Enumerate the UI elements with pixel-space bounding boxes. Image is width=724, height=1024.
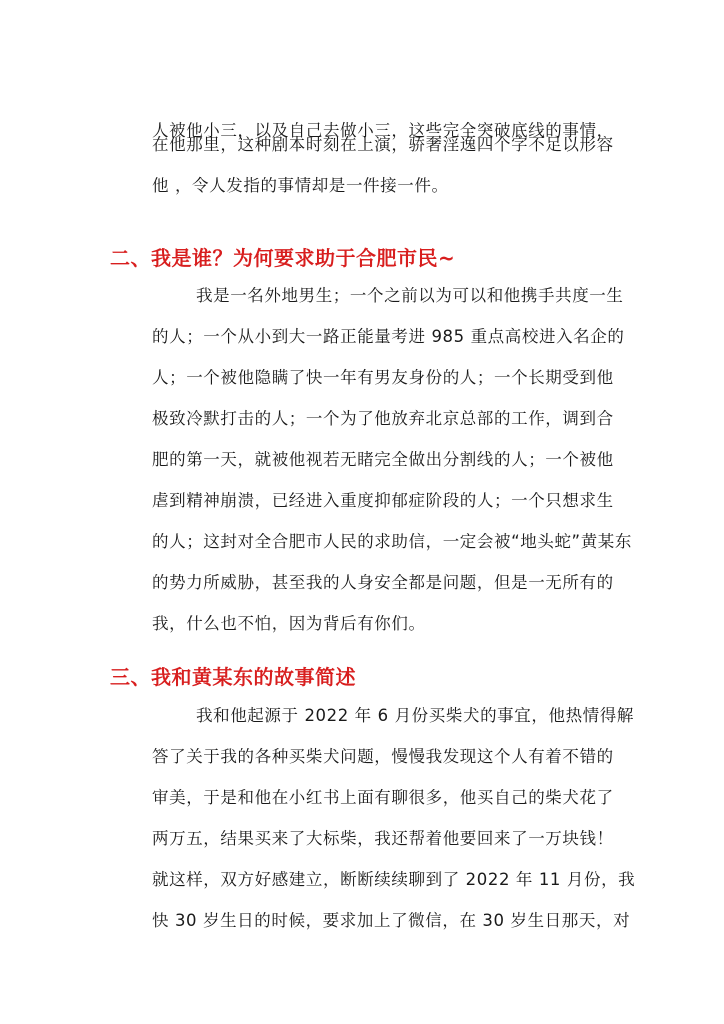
body-text-line: 我和他起源于 2022 年 6 月份买柴犬的事宜，他热情得解 (196, 706, 634, 726)
body-text-line: 肥的第一天，就被他视若无睹完全做出分割线的人；一个被他 (152, 450, 614, 470)
body-text-line: 审美，于是和他在小红书上面有聊很多，他买自己的柴犬花了 (152, 788, 614, 808)
section-heading: 二、我是谁？为何要求助于合肥市民~ (110, 246, 455, 270)
body-text-line: 的人；这封对全合肥市人民的求助信，一定会被“地头蛇”黄某东 (152, 532, 632, 552)
body-text-line: 我，什么也不怕，因为背后有你们。 (152, 614, 426, 634)
body-text-line: 就这样，双方好感建立，断断续续聊到了 2022 年 11 月份，我 (152, 870, 635, 890)
body-text-line: 我是一名外地男生；一个之前以为可以和他携手共度一生 (196, 286, 624, 306)
body-text-line: 极致冷默打击的人；一个为了他放弃北京总部的工作，调到合 (152, 409, 614, 429)
body-text-line: 两万五，结果买来了大标柴，我还帮着他要回来了一万块钱！ (152, 829, 614, 849)
body-text-line: 虐到精神崩溃，已经进入重度抑郁症阶段的人；一个只想求生 (152, 491, 614, 511)
body-text-line: 他 ，令人发指的事情却是一件接一件。 (152, 176, 449, 196)
body-text-line: 人；一个被他隐瞒了快一年有男友身份的人；一个长期受到他 (152, 368, 614, 388)
body-text-line: 答了关于我的各种买柴犬问题，慢慢我发现这个人有着不错的 (152, 747, 614, 767)
body-text-line: 在他那里，这种剧本时刻在上演，骄奢淫逸四个字不足以形容 (152, 135, 614, 155)
body-text-line: 的人；一个从小到大一路正能量考进 985 重点高校进入名企的 (152, 327, 624, 347)
section-heading: 三、我和黄某东的故事简述 (110, 665, 356, 689)
body-text-line: 快 30 岁生日的时候，要求加上了微信，在 30 岁生日那天，对 (152, 911, 630, 931)
body-text-line: 的势力所威胁，甚至我的人身安全都是问题，但是一无所有的 (152, 573, 614, 593)
